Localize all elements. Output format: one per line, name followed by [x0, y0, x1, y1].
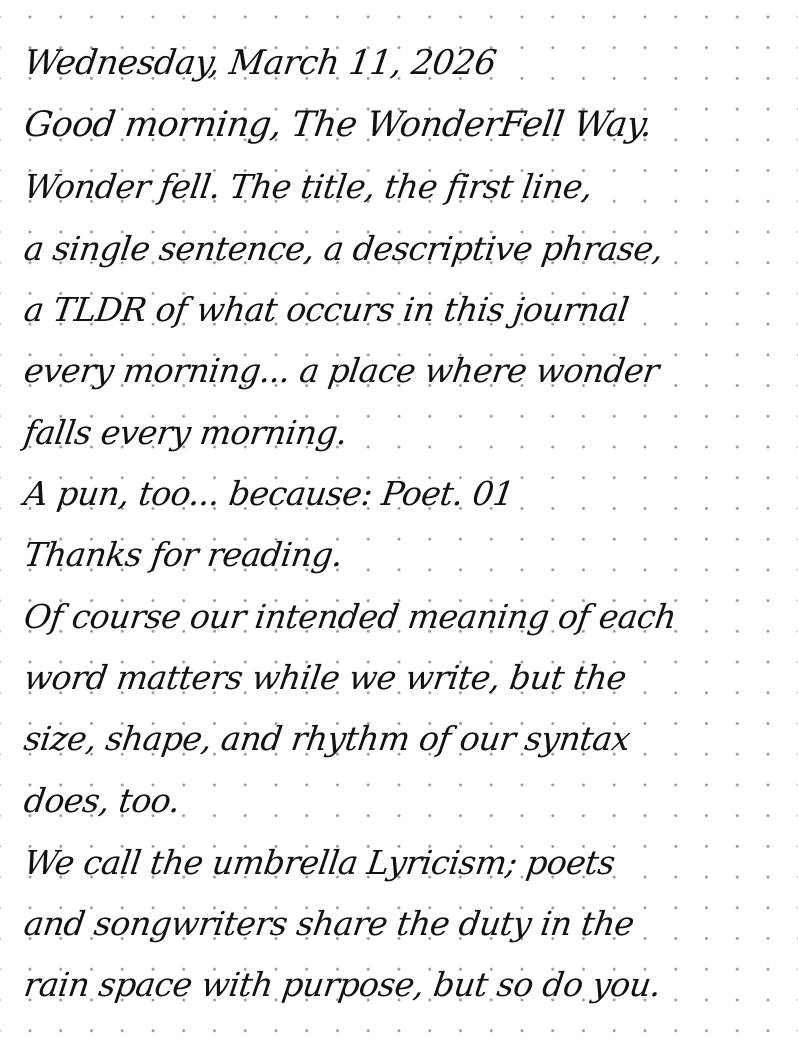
- journal-line-15: rain space with purpose, but so do you.: [22, 968, 663, 1001]
- journal-line-6: falls every morning.: [22, 416, 349, 449]
- journal-line-7: A pun, too... because: Poet. 01: [22, 477, 516, 510]
- journal-line-1: Good morning, The WonderFell Way.: [22, 108, 654, 143]
- journal-line-2: Wonder fell. The title, the first line,: [22, 170, 594, 203]
- journal-line-5: every morning... a place where wonder: [22, 354, 661, 387]
- journal-line-3: a single sentence, a descriptive phrase,: [22, 232, 665, 265]
- journal-line-8: Thanks for reading.: [22, 538, 345, 571]
- journal-line-9: Of course our intended meaning of each: [22, 600, 678, 633]
- journal-line-12: does, too.: [22, 784, 182, 817]
- journal-line-13: We call the umbrella Lyricism; poets: [22, 846, 617, 879]
- journal-line-10: word matters while we write, but the: [22, 661, 628, 694]
- journal-date: Wednesday, March 11, 2026: [22, 46, 498, 80]
- journal-line-11: size, shape, and rhythm of our syntax: [22, 722, 632, 755]
- journal-line-14: and songwriters share the duty in the: [22, 907, 636, 940]
- dot-grid-page: Wednesday, March 11, 2026 Good morning, …: [0, 0, 798, 1042]
- journal-line-4: a TLDR of what occurs in this journal: [22, 293, 631, 326]
